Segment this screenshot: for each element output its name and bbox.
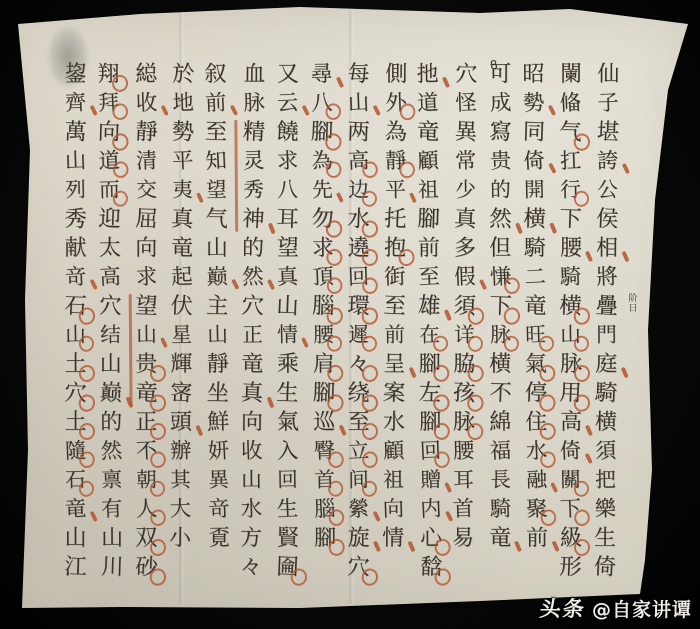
- glyph: 山: [274, 291, 303, 322]
- text-column: 叙前至知望气山巅主山靜坐鮮妍異竒覔: [201, 60, 232, 608]
- vermillion-dot-mark: [549, 222, 557, 234]
- glyph: 穴: [61, 378, 90, 409]
- glyph: 人: [133, 495, 160, 524]
- glyph: 向: [379, 495, 406, 524]
- glyph: 門: [594, 322, 620, 350]
- glyph: 山: [203, 234, 230, 263]
- glyph: 同: [520, 117, 548, 147]
- glyph: 二: [521, 263, 549, 292]
- glyph: 扛: [557, 147, 584, 176]
- glyph: 托: [380, 204, 409, 235]
- glyph: 秀: [241, 177, 267, 205]
- glyph: 然: [239, 263, 266, 292]
- vermillion-dot-mark: [230, 279, 238, 290]
- glyph: 大: [167, 495, 194, 524]
- glyph: 旺: [523, 322, 549, 350]
- vermillion-circle-mark: [148, 567, 167, 587]
- glyph: 翔: [95, 60, 122, 89]
- glyph: 々: [345, 350, 372, 379]
- text-column: 血脉精灵秀神的然穴正竜真向收山水方々: [237, 60, 268, 608]
- glyph: 脉: [451, 408, 478, 437]
- glyph: 相: [593, 234, 620, 263]
- glyph: 縂: [133, 60, 160, 89]
- glyph: 道: [414, 89, 442, 118]
- watermark: 头条 @自家讲谭: [540, 593, 692, 623]
- glyph: 石: [63, 467, 89, 495]
- glyph: 聚: [523, 495, 551, 524]
- glyph: 妍: [204, 437, 232, 466]
- glyph: 成: [487, 89, 514, 118]
- glyph: 勢: [520, 89, 548, 118]
- glyph: 臀: [310, 437, 338, 466]
- glyph: 級: [557, 524, 584, 553]
- glyph: 详: [452, 322, 478, 350]
- watermark-handle: @自家讲谭: [592, 595, 692, 622]
- glyph: 回: [275, 467, 301, 495]
- glyph: 水: [380, 408, 407, 437]
- glyph: 星: [169, 322, 195, 350]
- glyph: 不: [486, 378, 515, 409]
- glyph: 腳: [307, 117, 335, 147]
- glyph: 向: [133, 234, 160, 263]
- glyph: 生: [274, 495, 301, 524]
- vermillion-dot-mark: [408, 367, 416, 378]
- glyph: 竜: [521, 291, 549, 321]
- glyph: 坐: [203, 378, 231, 408]
- interlinear-side-note: 阶日: [627, 294, 639, 314]
- glyph: 交: [133, 177, 159, 205]
- glyph: 昭: [520, 60, 547, 89]
- glyph: 鋆: [62, 60, 89, 89]
- glyph: 然: [98, 437, 126, 466]
- glyph: 回: [417, 437, 445, 466]
- glyph: 至: [380, 291, 409, 322]
- glyph: 顧: [380, 437, 407, 466]
- glyph: 頂: [309, 263, 337, 292]
- glyph: 至: [415, 263, 443, 292]
- glyph: 竜: [487, 524, 514, 553]
- glyph: 列: [63, 177, 89, 205]
- glyph: 精: [239, 117, 268, 148]
- glyph: 入: [274, 437, 301, 466]
- vermillion-dot-mark: [266, 397, 273, 409]
- glyph: 望: [274, 234, 301, 263]
- glyph: 腳: [311, 524, 338, 553]
- glyph: 山: [63, 322, 89, 350]
- vermillion-circle-mark: [360, 567, 379, 587]
- glyph: 道: [96, 147, 124, 176]
- text-column: 翔拜向道而迎太高穴结山巅的然禀有山川: [95, 60, 126, 608]
- text-column: 扡道竜顧祖腳前至雄在腳左腳回贈内心馠: [414, 60, 445, 608]
- glyph: 的: [487, 177, 513, 205]
- glyph: 叙: [201, 60, 228, 89]
- glyph: 脉: [557, 350, 584, 379]
- glyph: 小: [167, 524, 194, 553]
- vermillion-dot-mark: [547, 105, 555, 116]
- vermillion-dot-mark: [266, 279, 274, 290]
- glyph: 下: [557, 204, 586, 235]
- glyph: 少: [453, 177, 479, 205]
- glyph: 乘: [274, 350, 301, 379]
- glyph: 勿: [308, 204, 336, 234]
- glyph: 每: [345, 60, 372, 89]
- glyph: 贈: [418, 467, 444, 495]
- vermillion-dot-mark: [301, 337, 308, 348]
- text-column: 昭勢同倚開横騎二竜旺氣停住水融聚前: [520, 60, 551, 608]
- vermillion-dot-mark: [441, 77, 449, 88]
- manuscript-text: 仙子堪誇公侯相將疊門庭騎横須把樂生倚闌偹气扛行下腰騎横山脉用高倚關下級形昭勢同倚…: [62, 60, 620, 608]
- glyph: 祖: [415, 177, 441, 205]
- glyph: 前: [381, 322, 407, 350]
- glyph: 山: [133, 322, 159, 350]
- glyph: 地: [170, 89, 197, 118]
- glyph: 頭: [167, 408, 194, 437]
- glyph: 衘: [381, 263, 408, 292]
- glyph: 生: [274, 378, 303, 409]
- glyph: 異: [205, 467, 231, 495]
- glyph: 前: [524, 524, 551, 553]
- glyph: 開: [521, 177, 547, 205]
- glyph: 易: [450, 524, 477, 553]
- glyph: 耳: [451, 467, 477, 495]
- glyph: 的: [239, 234, 266, 263]
- glyph: 腰: [310, 322, 336, 350]
- glyph: 庭: [593, 350, 620, 379]
- glyph: 扡: [414, 60, 441, 89]
- vermillion-dot-mark: [479, 279, 487, 290]
- glyph: 双: [133, 524, 160, 553]
- glyph: 縈: [345, 495, 372, 524]
- glyph: 有: [98, 495, 126, 524]
- glyph: 腰: [557, 234, 584, 263]
- glyph: 清: [133, 147, 160, 176]
- glyph: 血: [241, 60, 268, 89]
- glyph: 穴: [344, 552, 373, 583]
- glyph: 主: [203, 291, 231, 321]
- glyph: 宻: [167, 378, 196, 409]
- glyph: 騎: [487, 495, 514, 524]
- glyph: 山: [204, 322, 230, 350]
- text-column: 縂收靜清交屈向求望山贵竜正不朝人双砂: [133, 60, 160, 608]
- glyph: 形: [557, 552, 586, 583]
- glyph: 伏: [167, 291, 196, 322]
- glyph: 孩: [450, 378, 479, 409]
- vermillion-emphasis-line: [233, 120, 237, 232]
- glyph: 勢: [169, 117, 198, 148]
- glyph: 寫: [486, 117, 515, 148]
- glyph: 高: [557, 408, 584, 437]
- glyph: 旋: [345, 524, 372, 553]
- glyph: 假: [452, 263, 479, 292]
- glyph: 气: [557, 117, 586, 148]
- glyph: 環: [344, 291, 373, 322]
- text-column: 可成寫贵的然但慊下脉横不綿福長騎竜: [487, 60, 514, 608]
- glyph: 行: [558, 177, 584, 205]
- glyph: 贵: [487, 147, 514, 176]
- vermillion-dot-mark: [621, 251, 629, 262]
- glyph: 偹: [557, 89, 584, 118]
- glyph: 融: [524, 467, 550, 495]
- glyph: 綿: [487, 408, 514, 437]
- glyph: 脉: [487, 322, 513, 350]
- glyph: 然: [486, 204, 515, 235]
- glyph: 巅: [97, 378, 125, 408]
- glyph: 側: [382, 60, 409, 89]
- glyph: 水: [344, 204, 373, 235]
- glyph: 穴: [453, 60, 480, 89]
- glyph: 福: [487, 437, 514, 466]
- glyph: 两: [344, 117, 373, 148]
- vermillion-dot-mark: [195, 425, 203, 436]
- glyph: 高: [345, 147, 372, 176]
- glyph: 横: [557, 291, 586, 322]
- glyph: 气: [202, 204, 230, 234]
- vermillion-dot-mark: [372, 105, 380, 116]
- glyph: 土: [62, 408, 89, 437]
- glyph: 云: [274, 89, 301, 118]
- glyph: 顧: [414, 147, 442, 176]
- vermillion-dot-mark: [406, 541, 414, 552]
- glyph: 立: [345, 437, 372, 466]
- glyph: 望: [203, 177, 229, 205]
- glyph: 山: [558, 322, 584, 350]
- glyph: 山: [239, 467, 265, 495]
- glyph: 靜: [132, 117, 161, 148]
- glyph: 川: [99, 552, 127, 582]
- glyph: 倚: [590, 552, 619, 583]
- glyph: 闌: [557, 60, 584, 89]
- text-column: 穴怪異常少真多假須详脇孩脉腰耳首易: [449, 60, 480, 608]
- glyph: 下: [557, 495, 584, 524]
- glyph: 遶: [345, 234, 372, 263]
- toutiao-logo-text: 头条: [538, 593, 588, 623]
- text-column: 尋八腳為先勿求頂腦腰肩腳巡臀首腦腳: [308, 60, 339, 608]
- glyph: 平: [169, 147, 196, 176]
- glyph: 巡: [310, 408, 337, 437]
- glyph: 竜: [62, 495, 89, 524]
- text-column: 闌偹气扛行下腰騎横山脉用高倚關下級形: [557, 60, 584, 608]
- glyph: 靜: [204, 350, 231, 379]
- glyph: 向: [95, 117, 123, 147]
- glyph: 平: [382, 177, 408, 205]
- glyph: 秀: [61, 204, 90, 235]
- glyph: 騎: [521, 234, 548, 263]
- glyph: 正: [133, 408, 160, 437]
- glyph: 樂: [592, 495, 619, 524]
- glyph: 外: [382, 89, 409, 118]
- glyph: 绕: [344, 378, 373, 409]
- glyph: 又: [274, 60, 301, 89]
- glyph: 腳: [416, 350, 443, 379]
- glyph: 疊: [592, 291, 621, 322]
- glyph: 須: [451, 291, 480, 322]
- glyph: 騎: [592, 378, 621, 409]
- glyph: 八: [275, 177, 301, 205]
- glyph: 神: [239, 204, 268, 235]
- glyph: 正: [240, 322, 266, 350]
- glyph: 脉: [240, 89, 267, 118]
- glyph: 竜: [132, 378, 161, 409]
- glyph: 賢: [274, 524, 301, 553]
- glyph: 竜: [169, 234, 196, 263]
- glyph: 前: [201, 89, 229, 118]
- glyph: 靜: [382, 147, 409, 176]
- glyph: 高: [97, 263, 125, 292]
- glyph: 常: [452, 147, 479, 176]
- vermillion-dot-mark: [620, 367, 628, 378]
- glyph: 情: [275, 322, 301, 350]
- glyph: 江: [61, 552, 90, 583]
- glyph: 水: [523, 437, 551, 466]
- glyph: 水: [238, 495, 265, 524]
- glyph: 公: [595, 177, 621, 205]
- glyph: 在: [416, 322, 442, 350]
- glyph: 求: [274, 147, 301, 176]
- glyph: 誇: [594, 147, 621, 176]
- glyph: 雄: [415, 291, 443, 321]
- glyph: 用: [557, 378, 586, 409]
- glyph: 氣: [522, 350, 549, 379]
- glyph: 但: [487, 234, 514, 263]
- glyph: 關: [558, 467, 584, 495]
- glyph: 堪: [593, 117, 622, 148]
- glyph: 土: [62, 350, 89, 379]
- glyph: 山: [62, 524, 89, 553]
- glyph: 腦: [309, 291, 337, 321]
- glyph: 齊: [62, 89, 89, 118]
- glyph: 腳: [414, 204, 442, 234]
- glyph: 不: [133, 437, 160, 466]
- glyph: 尋: [308, 60, 335, 89]
- glyph: 山: [62, 147, 89, 176]
- glyph: 山: [98, 350, 125, 379]
- glyph: 禀: [99, 467, 125, 495]
- glyph: 竜: [239, 350, 266, 379]
- glyph: 案: [379, 378, 408, 409]
- glyph: 侯: [593, 204, 622, 235]
- glyph: 將: [593, 263, 620, 292]
- vermillion-dot-mark: [160, 105, 168, 116]
- glyph: 須: [592, 437, 619, 466]
- glyph: 回: [345, 263, 372, 292]
- glyph: 辦: [167, 437, 194, 466]
- glyph: 氣: [274, 408, 301, 437]
- glyph: 方: [237, 524, 264, 553]
- glyph: 呈: [380, 350, 407, 379]
- glyph: 慊: [487, 263, 514, 292]
- photo-stage: 仙子堪誇公侯相將疊門庭騎横須把樂生倚闌偹气扛行下腰騎横山脉用高倚關下級形昭勢同倚…: [0, 0, 700, 629]
- glyph: 灵: [240, 147, 267, 176]
- text-column: 仙子堪誇公侯相將疊門庭騎横須把樂生倚: [591, 60, 622, 608]
- glyph: 迎: [96, 204, 124, 234]
- glyph: 求: [309, 234, 336, 263]
- glyph: 覔: [205, 524, 232, 553]
- glyph: 住: [523, 408, 550, 437]
- glyph: 穴: [238, 291, 267, 322]
- glyph: 把: [593, 467, 619, 495]
- glyph: 屈: [132, 204, 161, 235]
- glyph: 朝: [133, 467, 159, 495]
- glyph: 輝: [168, 350, 195, 379]
- glyph: 望: [132, 291, 161, 322]
- glyph: 長: [487, 467, 513, 495]
- glyph: 左: [416, 378, 444, 408]
- glyph: 穴: [96, 291, 124, 321]
- glyph: 馠: [417, 552, 445, 582]
- glyph: 遲: [346, 322, 372, 350]
- glyph: 鮮: [204, 408, 231, 437]
- text-column: 於地勢平夷真竜起伏星輝宻頭辦其大小: [166, 60, 197, 608]
- glyph: 知: [202, 147, 230, 176]
- glyph: 肩: [310, 350, 337, 379]
- glyph: 向: [238, 408, 265, 437]
- glyph: 收: [238, 437, 265, 466]
- glyph: 石: [61, 291, 90, 322]
- glyph: 隨: [62, 437, 89, 466]
- glyph: 真: [451, 204, 480, 235]
- glyph: 献: [62, 234, 89, 263]
- glyph: 萬: [61, 117, 90, 148]
- vermillion-dot-mark: [335, 192, 342, 203]
- manuscript-paper: 仙子堪誇公侯相將疊門庭騎横須把樂生倚闌偹气扛行下腰騎横山脉用高倚關下級形昭勢同倚…: [0, 0, 700, 629]
- glyph: 边: [346, 177, 372, 205]
- glyph: 前: [415, 234, 442, 263]
- glyph: 首: [311, 467, 337, 495]
- glyph: 竒: [205, 495, 233, 524]
- glyph: 首: [450, 495, 477, 524]
- vermillion-dot-mark: [548, 163, 556, 174]
- glyph: 心: [417, 524, 444, 553]
- glyph: 為: [381, 117, 410, 148]
- glyph: 内: [417, 495, 445, 524]
- vermillion-dot-mark: [335, 77, 343, 88]
- glyph: 々: [236, 552, 265, 583]
- glyph: 於: [170, 60, 197, 89]
- glyph: 腦: [311, 495, 339, 524]
- glyph: 情: [379, 524, 406, 553]
- glyph: 仙: [595, 60, 622, 89]
- glyph: 真: [168, 204, 197, 235]
- text-column: 鋆齊萬山列秀献竒石山土穴土隨石竜山江: [62, 60, 89, 608]
- glyph: 腳: [416, 408, 443, 437]
- glyph: 起: [168, 263, 195, 292]
- glyph: 騎: [557, 263, 584, 292]
- glyph: 下: [486, 291, 515, 322]
- glyph: 怪: [453, 89, 480, 118]
- glyph: 其: [168, 467, 194, 495]
- glyph: 砂: [132, 552, 161, 583]
- glyph: 山: [99, 524, 126, 553]
- glyph: 抱: [381, 234, 408, 263]
- glyph: 為: [308, 147, 336, 176]
- glyph: 巅: [203, 263, 231, 292]
- glyph: 的: [98, 408, 125, 437]
- vermillion-dot-mark: [159, 337, 166, 348]
- glyph: 饒: [274, 117, 303, 148]
- glyph: 子: [594, 89, 621, 118]
- glyph: 耳: [274, 204, 303, 235]
- glyph: 贵: [133, 350, 160, 379]
- vermillion-dot-mark: [514, 541, 522, 552]
- glyph: 腳: [309, 378, 337, 408]
- glyph: 倚: [557, 437, 584, 466]
- glyph: 圇: [274, 552, 303, 583]
- vermillion-dot-mark: [550, 482, 557, 493]
- glyph: 腰: [450, 437, 477, 466]
- vermillion-dot-mark: [229, 105, 237, 116]
- vermillion-dot-mark: [89, 511, 97, 522]
- glyph: 山: [345, 89, 372, 118]
